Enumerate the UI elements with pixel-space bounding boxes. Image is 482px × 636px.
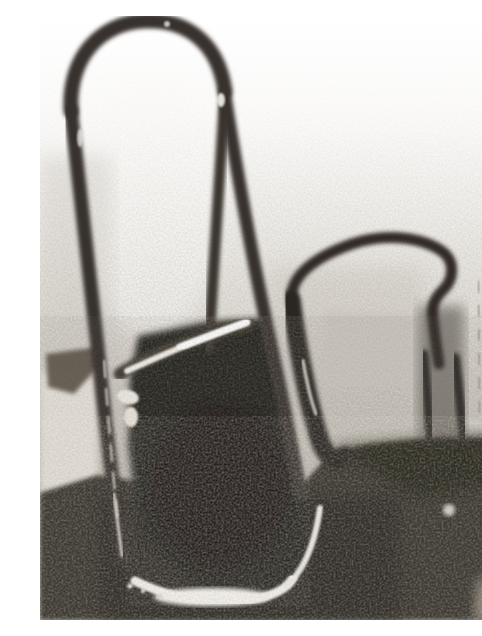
tube-glint	[77, 129, 83, 147]
tube-glint	[164, 21, 170, 27]
photo-canvas	[40, 16, 482, 620]
lower-dark-grain	[40, 316, 482, 620]
grain-overlay	[40, 316, 482, 620]
tube-split-highlight	[217, 93, 225, 107]
halftone-photograph	[40, 16, 482, 620]
